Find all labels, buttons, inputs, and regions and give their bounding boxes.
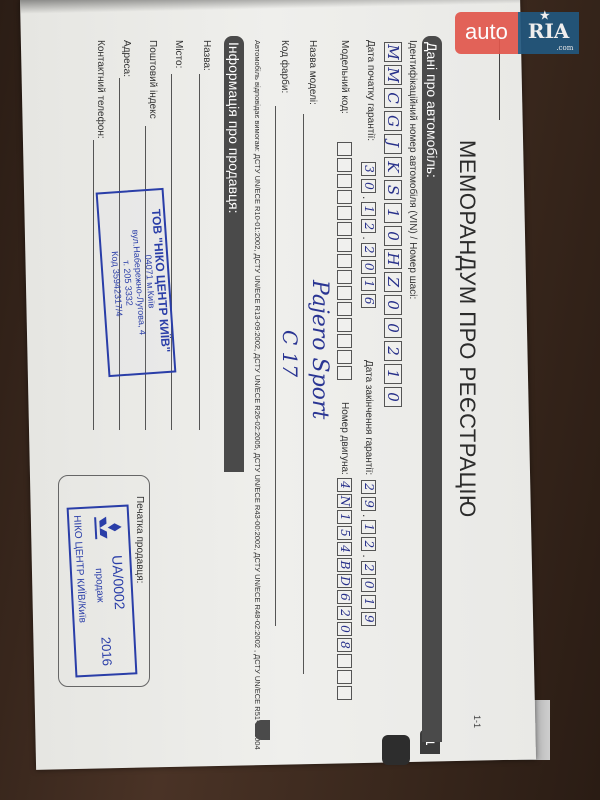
- date-digit-box: 9: [361, 612, 376, 626]
- engine-number-boxes: 4N154BD6208: [337, 478, 352, 700]
- engine-char-box: [337, 654, 352, 668]
- seller-field-line: [171, 74, 172, 430]
- warranty-end-label: Дата закінчення гарантії:: [363, 360, 374, 475]
- date-digit-box: 2: [361, 561, 376, 575]
- engine-char-box: [337, 670, 352, 684]
- car-section-heading: Дані про автомобіль:: [422, 36, 442, 742]
- engine-char-box: 6: [337, 590, 352, 604]
- vin-char-box: M: [384, 65, 402, 85]
- date-digit-box: 3: [361, 162, 376, 176]
- engine-char-box: B: [337, 558, 352, 572]
- stamp-year: 2016: [98, 637, 114, 667]
- model-code-box: [337, 286, 352, 300]
- date-separator: .: [358, 236, 376, 239]
- vin-char-box: J: [384, 134, 402, 154]
- paper-fold-shadow: [20, 0, 520, 14]
- date-digit-box: 2: [361, 243, 376, 257]
- binder-clip: [382, 735, 410, 765]
- date-digit-box: 2: [361, 219, 376, 233]
- vin-char-box: H: [384, 249, 402, 269]
- vin-label: Ідентифікаційний номер автомобіля (VIN) …: [407, 40, 418, 299]
- date-digit-box: 1: [361, 595, 376, 609]
- engine-char-box: 1: [337, 510, 352, 524]
- model-name-line: [303, 114, 304, 674]
- paint-code-label: Код фарби:: [279, 40, 290, 93]
- dealer-stamp: UA/0002 2016 продаж НІКО ЦЕНТР КИЇВ/Київ: [67, 504, 138, 677]
- date-digit-box: 1: [361, 520, 376, 534]
- vin-char-box: Z: [384, 272, 402, 292]
- date-digit-box: 9: [361, 497, 376, 511]
- seller-seal-box: Печатка продавця: UA/0002 2016 продаж НІ…: [58, 475, 150, 687]
- watermark-suffix: .com: [556, 44, 573, 52]
- star-icon: ★: [540, 10, 550, 22]
- warranty-end-date: 29.12.2019: [358, 480, 376, 626]
- compliance-text: Автомобіль відповідає вимогам: ДСТУ UN/E…: [253, 40, 262, 750]
- seller-field-label: Адреса:: [121, 40, 132, 77]
- vin-char-box: 1: [384, 364, 402, 384]
- model-code-box: [337, 174, 352, 188]
- model-code-box: [337, 302, 352, 316]
- watermark-ria: ★ RIA .com: [518, 12, 580, 54]
- engine-char-box: D: [337, 574, 352, 588]
- model-code-box: [337, 222, 352, 236]
- paint-code-line: [275, 106, 276, 626]
- vin-char-box: 2: [384, 341, 402, 361]
- date-digit-box: 6: [361, 294, 376, 308]
- engine-char-box: N: [337, 494, 352, 508]
- model-code-box: [337, 254, 352, 268]
- stamp-sale-label: продаж: [93, 568, 106, 603]
- model-code-box: [337, 350, 352, 364]
- model-code-box: [337, 270, 352, 284]
- model-code-box: [337, 238, 352, 252]
- vin-char-box: 0: [384, 295, 402, 315]
- model-code-box: [337, 190, 352, 204]
- engine-char-box: [337, 686, 352, 700]
- engine-char-box: 4: [337, 542, 352, 556]
- model-code-box: [337, 318, 352, 332]
- vin-char-box: 0: [384, 226, 402, 246]
- paint-code-value: C 17: [278, 330, 302, 377]
- seller-field-label: Поштовий індекс: [147, 40, 158, 119]
- seller-field-label: Контактний телефон:: [95, 40, 106, 139]
- autoria-watermark: auto ★ RIA .com: [455, 12, 579, 54]
- seller-field-label: Місто:: [173, 40, 184, 68]
- vin-char-box: 1: [384, 203, 402, 223]
- vin-boxes: MMCGJKS10HZ00210: [384, 42, 402, 407]
- vin-char-box: G: [384, 111, 402, 131]
- engine-char-box: 0: [337, 622, 352, 636]
- vin-char-box: K: [384, 157, 402, 177]
- model-code-box: [337, 366, 352, 380]
- date-digit-box: 2: [361, 480, 376, 494]
- three-diamonds-logo-icon: [87, 513, 122, 543]
- engine-char-box: 2: [337, 606, 352, 620]
- seal-label: Печатка продавця:: [134, 496, 145, 583]
- engine-char-box: 8: [337, 638, 352, 652]
- watermark-auto: auto: [455, 12, 518, 54]
- model-name-label: Назва моделі:: [307, 40, 318, 105]
- vin-char-box: M: [384, 42, 402, 62]
- stamp-dealer-name: НІКО ЦЕНТР КИЇВ/Київ: [71, 515, 88, 623]
- model-code-box: [337, 158, 352, 172]
- model-code-box: [337, 142, 352, 156]
- page-number: 1-1: [472, 715, 482, 728]
- model-code-box: [337, 206, 352, 220]
- stamp-dealer-code: UA/0002: [109, 555, 128, 610]
- vin-char-box: S: [384, 180, 402, 200]
- decorative-bar: [255, 720, 270, 740]
- engine-char-box: 4: [337, 478, 352, 492]
- seller-field-label: Назва:: [201, 40, 212, 71]
- date-separator: .: [358, 196, 376, 199]
- vin-char-box: 0: [384, 387, 402, 407]
- seller-section-heading: Інформація про продавця:: [224, 36, 244, 472]
- seller-field-line: [199, 74, 200, 430]
- model-code-box: [337, 334, 352, 348]
- memorandum-page: МЕМОРАНДУМ ПРО РЕЄСТРАЦІЮ 1 1-1 Дані про…: [20, 30, 500, 730]
- seller-rectangular-stamp: ТОВ "НІКО ЦЕНТР КИЇВ" 04071 м.Київ вул.Н…: [96, 188, 177, 377]
- model-code-boxes: [337, 142, 352, 380]
- warranty-start-date: 30.12.2016: [358, 162, 376, 308]
- model-name-value: Pajero Sport: [307, 280, 332, 419]
- vin-char-box: 0: [384, 318, 402, 338]
- date-digit-box: 0: [361, 260, 376, 274]
- date-digit-box: 2: [361, 537, 376, 551]
- date-separator: .: [358, 514, 376, 517]
- date-digit-box: 1: [361, 202, 376, 216]
- warranty-start-label: Дата початку гарантії:: [365, 40, 376, 141]
- watermark-ria-text: RIA: [528, 19, 570, 43]
- engine-number-label: Номер двигуна:: [339, 402, 350, 475]
- date-digit-box: 1: [361, 277, 376, 291]
- vin-char-box: C: [384, 88, 402, 108]
- date-separator: .: [358, 554, 376, 557]
- page-title: МЕМОРАНДУМ ПРО РЕЄСТРАЦІЮ: [454, 140, 480, 518]
- date-digit-box: 0: [361, 179, 376, 193]
- engine-char-box: 5: [337, 526, 352, 540]
- model-code-label: Модельний код:: [339, 40, 350, 114]
- seller-field-line: [93, 140, 94, 430]
- date-digit-box: 0: [361, 578, 376, 592]
